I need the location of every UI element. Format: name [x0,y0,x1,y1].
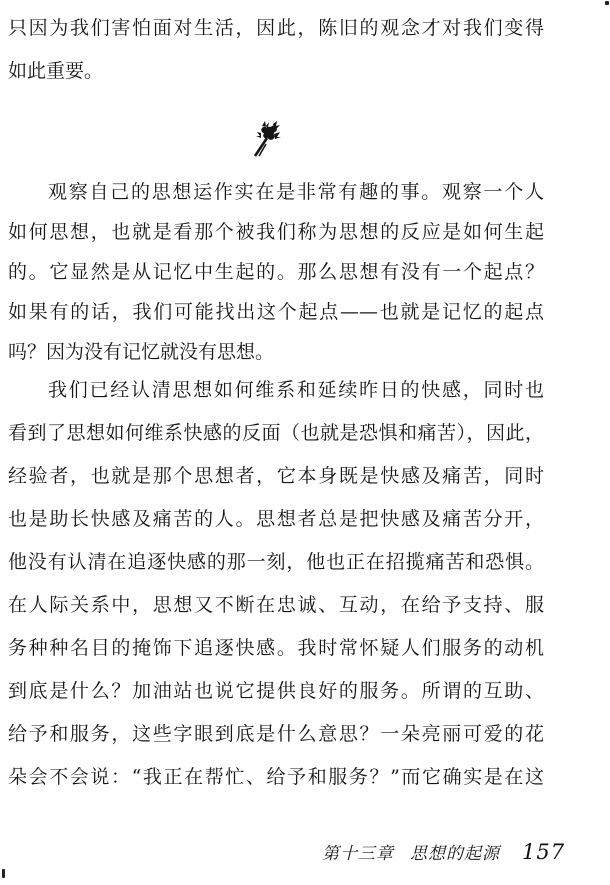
scan-speck [2,869,5,878]
chapter-number: 第十三章 [322,839,394,864]
text-line: 在人际关系中，思想又不断在忠诚、互动，在给予支持、服 [8,584,544,627]
flower-ornament-icon [250,120,282,158]
text-line: 的。它显然是从记忆中生起的。那么思想有没有一个起点？ [8,252,544,292]
text-line: 吗？因为没有记忆就没有思想。 [8,332,544,372]
text-line: 给予和服务，这些字眼到底是什么意思？一朵亮丽可爱的花 [8,713,544,756]
text-line: 务种种名目的掩饰下追逐快感。我时常怀疑人们服务的动机 [8,627,544,670]
text-line: 他没有认清在追逐快感的那一刻，他也正在招揽痛苦和恐惧。 [8,541,544,584]
text-line: 如果有的话，我们可能找出这个起点——也就是记忆的起点 [8,292,544,332]
text-line: 到底是什么？加油站也说它提供良好的服务。所谓的互助、 [8,670,544,713]
text-line: 也是助长快感及痛苦的人。思想者总是把快感及痛苦分开， [8,498,544,541]
text-line: 我们已经认清思想如何维系和延续昨日的快感，同时也 [8,369,544,412]
text-line: 如此重要。 [8,50,544,93]
book-page: 只因为我们害怕面对生活，因此，陈旧的观念才对我们变得 如此重要。 观察自己的思想… [0,0,610,885]
text-line: 经验者，也就是那个思想者，它本身既是快感及痛苦，同时 [8,455,544,498]
text-line: 观察自己的思想运作实在是非常有趣的事。观察一个人 [8,172,544,212]
text-line: 只因为我们害怕面对生活，因此，陈旧的观念才对我们变得 [8,7,544,50]
text-line: 看到了思想如何维系快感的反面（也就是恐惧和痛苦），因此， [8,412,544,455]
page-number: 157 [522,840,565,864]
page-footer: 第十三章 思想的起源 157 [322,839,565,864]
text-line: 如何思想，也就是看那个被我们称为思想的反应是如何生起 [8,212,544,252]
paragraph-pleasure: 我们已经认清思想如何维系和延续昨日的快感，同时也 看到了思想如何维系快感的反面（… [8,369,544,799]
paragraph-observe: 观察自己的思想运作实在是非常有趣的事。观察一个人 如何思想，也就是看那个被我们称… [8,172,544,372]
text-line: 朵会不会说：“我正在帮忙、给予和服务？”而它确实是在这 [8,756,544,799]
scan-speck [605,1,609,5]
chapter-title: 思想的起源 [410,839,500,864]
paragraph-continuation: 只因为我们害怕面对生活，因此，陈旧的观念才对我们变得 如此重要。 [8,7,544,93]
